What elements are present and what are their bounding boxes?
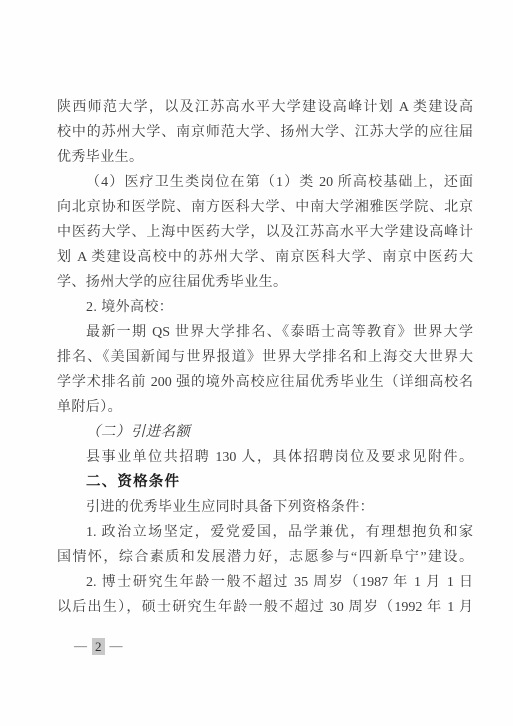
body-line: 2. 博士研究生年龄一般不超过 35 周岁（1987 年 1 月 1 日 [57,570,473,595]
body-line: 国情怀，综合素质和发展潜力好，志愿参与“四新阜宁”建设。 [57,545,473,570]
section-heading: 二、资格条件 [57,470,473,495]
footer-dash-right: — [110,636,123,656]
body-line: 向北京协和医学院、南方医科大学、中南大学湘雅医学院、北京 [57,195,473,220]
body-line: 排名、《美国新闻与世界报道》世界大学排名和上海交大世界大 [57,345,473,370]
body-line: 县事业单位共招聘 130 人，具体招聘岗位及要求见附件。 [57,445,473,470]
body-line: 引进的优秀毕业生应同时具备下列资格条件： [57,495,473,520]
body-line: 1. 政治立场坚定，爱党爱国，品学兼优，有理想抱负和家 [57,520,473,545]
subheading-kaiti: （二）引进名额 [57,420,473,445]
document-page: 陕西师范大学，以及江苏高水平大学建设高峰计划 A 类建设高 校中的苏州大学、南京… [0,0,513,726]
body-line: 以后出生），硕士研究生年龄一般不超过 30 周岁（1992 年 1 月 [57,595,473,620]
body-line: 单附后）。 [57,395,473,420]
body-line: 校中的苏州大学、南京师范大学、扬州大学、江苏大学的应往届 [57,120,473,145]
body-line: （4）医疗卫生类岗位在第（1）类 20 所高校基础上，还面 [57,170,473,195]
document-body: 陕西师范大学，以及江苏高水平大学建设高峰计划 A 类建设高 校中的苏州大学、南京… [57,95,473,620]
body-line: 陕西师范大学，以及江苏高水平大学建设高峰计划 A 类建设高 [57,95,473,120]
page-number-field: 2 [92,638,105,655]
body-line: 学学术排名前 200 强的境外高校应往届优秀毕业生（详细高校名 [57,370,473,395]
body-line: 最新一期 QS 世界大学排名、《泰晤士高等教育》世界大学 [57,320,473,345]
footer-dash-left: — [74,636,87,656]
body-line: 中医药大学、上海中医药大学，以及江苏高水平大学建设高峰计 [57,220,473,245]
body-line: 优秀毕业生。 [57,145,473,170]
body-line: 划 A 类建设高校中的苏州大学、南京医科大学、南京中医药大 [57,245,473,270]
page-footer: — 2 — [74,636,123,656]
body-line: 学、扬州大学的应往届优秀毕业生。 [57,270,473,295]
list-item-heading: 2. 境外高校： [57,295,473,320]
